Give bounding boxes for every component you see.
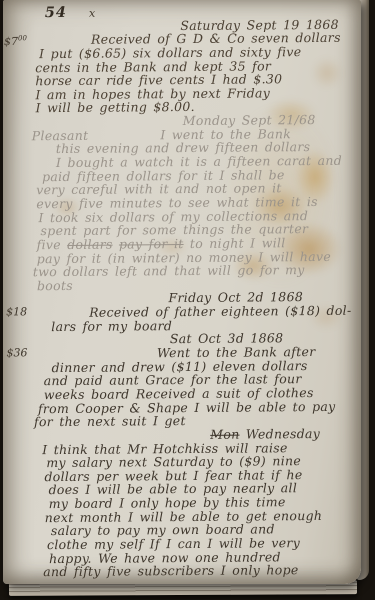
manuscript-line: and fifty five subscribers I only hope [35, 563, 347, 579]
diary-page: 54xSaturday Sept 19 1868Received of G D … [3, 0, 361, 584]
hand-text: lars for my board [51, 318, 172, 334]
hand-text: boots [37, 278, 73, 293]
hand-gap [88, 139, 160, 140]
hand-text: I will be getting $8.00. [35, 99, 195, 115]
manuscript-lines: 54xSaturday Sept 19 1868Received of G D … [31, 4, 347, 579]
margin-amount: $18 [6, 305, 27, 319]
margin-amount: $700 [4, 33, 27, 49]
hand-text: x [89, 7, 96, 20]
hand-text: for the next suit I get [34, 413, 186, 429]
margin-amount: $36 [6, 346, 27, 360]
hand-text: and fifty five subscribers I only hope [43, 562, 298, 579]
photo-background: 54xSaturday Sept 19 1868Received of G D … [0, 0, 375, 600]
hand-text: 54 [45, 4, 67, 21]
